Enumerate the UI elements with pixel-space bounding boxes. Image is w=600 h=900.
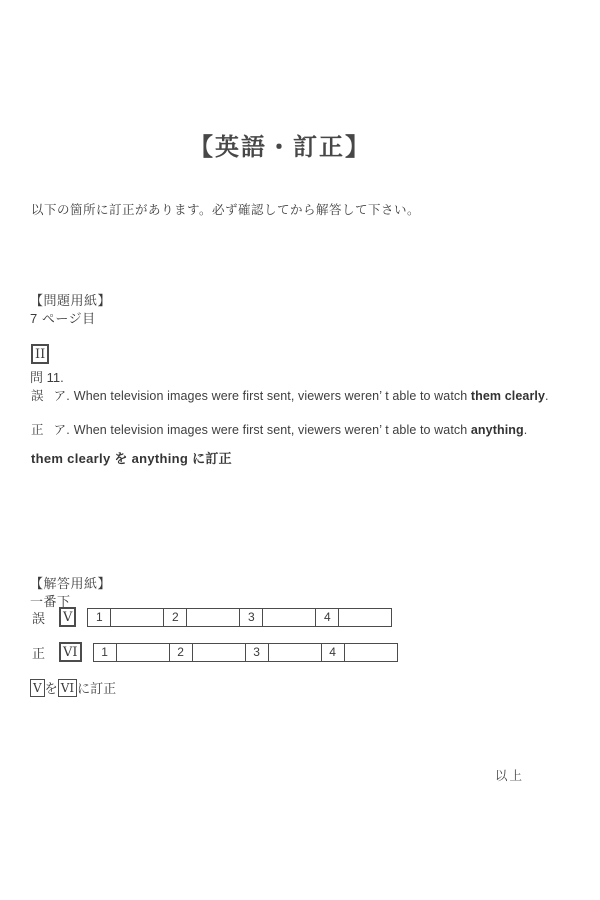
grid-cell-blank (192, 643, 245, 661)
grid-cell-blank (344, 643, 397, 661)
roman-numeral-box-from: V (30, 679, 45, 697)
roman-numeral-box: V (59, 607, 76, 627)
sentence-tail: . (545, 389, 549, 403)
grid-cell-blank (339, 608, 392, 626)
correct-sentence-line: 正ア.When television images were first sen… (31, 420, 527, 438)
grid-cell-number: 4 (316, 608, 339, 626)
grid-cell-blank (187, 608, 240, 626)
correct-label: 正 (31, 423, 44, 437)
grid-cell-blank (111, 608, 164, 626)
grid-cell-blank (263, 608, 316, 626)
question-sheet-location: 7 ページ目 (30, 308, 96, 327)
grid-cell-number: 1 (88, 608, 111, 626)
answer-row-correct: 正 VI 1 2 3 4 (32, 641, 398, 663)
sentence-head: When television images were first sent, … (74, 423, 471, 437)
answer-sheet-heading: 【解答用紙】 (30, 573, 111, 592)
roman-numeral-box: VI (59, 642, 82, 662)
sentence-head: When television images were first sent, … (74, 389, 471, 403)
grid-cell-blank (116, 643, 169, 661)
sentence-emphasis: anything (471, 423, 524, 437)
row-label: 正 (32, 643, 46, 662)
sentence-tail: . (524, 423, 528, 437)
grid-cell-number: 2 (164, 608, 187, 626)
answer-grid: 1 2 3 4 (93, 643, 398, 662)
grid-cell-number: 2 (169, 643, 192, 661)
question-sheet-heading: 【問題用紙】 (30, 290, 111, 309)
particle-text: を (45, 678, 58, 697)
grid-cell-number: 3 (240, 608, 263, 626)
suffix-text: に訂正 (77, 678, 116, 697)
closing-text: 以上 (495, 766, 524, 784)
grid-cell-number: 3 (245, 643, 268, 661)
answer-grid: 1 2 3 4 (87, 608, 392, 627)
scanned-correction-notice: 【英語・訂正】 以下の箇所に訂正があります。必ず確認してから解答して下さい。 【… (0, 0, 600, 900)
item-mark: ア. (54, 389, 70, 403)
sentence-emphasis: them clearly (471, 389, 545, 403)
grid-cell-number: 1 (93, 643, 116, 661)
roman-numeral-box-to: VI (58, 679, 77, 697)
incorrect-sentence-line: 誤ア.When television images were first sen… (31, 386, 549, 404)
text-correction-note: them clearly を anything に訂正 (31, 448, 232, 467)
wrong-label: 誤 (31, 389, 44, 403)
section-numeral-box: II (31, 344, 49, 364)
answer-row-wrong: 誤 V 1 2 3 4 (32, 606, 392, 628)
correction-instruction: 以下の箇所に訂正があります。必ず確認してから解答して下さい。 (31, 200, 420, 218)
grid-cell-blank (268, 643, 321, 661)
document-title: 【英語・訂正】 (0, 127, 560, 162)
section-correction-note: VをVIに訂正 (30, 678, 116, 697)
question-number: 問 11. (30, 367, 64, 386)
item-mark: ア. (54, 423, 70, 437)
grid-cell-number: 4 (321, 643, 344, 661)
row-label: 誤 (32, 608, 46, 627)
